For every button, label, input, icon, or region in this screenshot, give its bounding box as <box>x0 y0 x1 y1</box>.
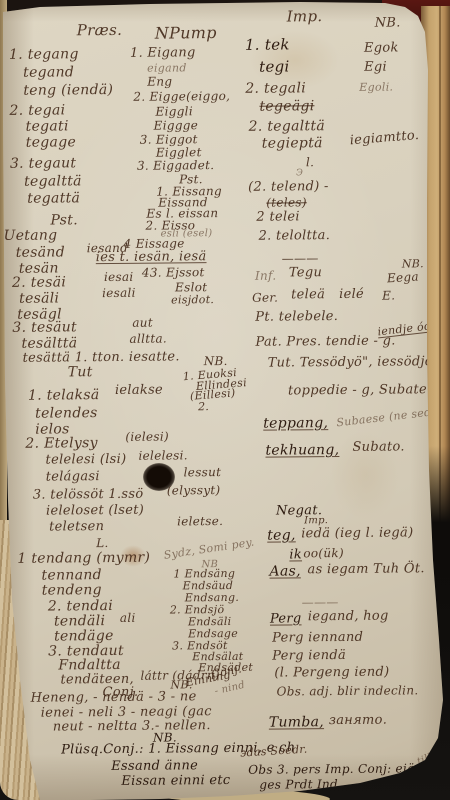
handwritten-line: 1. telaksä <box>28 388 100 403</box>
handwritten-line: ges Prdt Ind. <box>259 778 342 791</box>
handwritten-line: 1 tendang (mymr) <box>17 551 150 566</box>
handwritten-line: tegeägi <box>259 99 314 113</box>
handwritten-line: teg, <box>267 528 296 542</box>
handwritten-line: Imp. <box>287 9 323 24</box>
handwritten-line: Pat. Pres. tendie - g. <box>255 335 395 349</box>
handwritten-line: Heneng, - nendä - 3 - ne <box>31 690 197 704</box>
handwritten-line: 2. Eigge(eiggo, <box>133 90 230 103</box>
handwritten-line: iegiamtto. <box>349 129 419 147</box>
handwritten-line: Eissan einni etc <box>121 774 230 788</box>
handwritten-line: tegati <box>26 119 69 133</box>
handwritten-line: l. <box>306 156 314 168</box>
handwritten-line: iendje óo <box>377 320 431 337</box>
handwritten-line: alltta. <box>129 333 167 345</box>
handwritten-line: Tut. Tessödyö", iessödjö <box>268 355 433 369</box>
handwritten-line: Obs 3. pers Imp. Conj: eiäni <box>248 762 427 776</box>
handwritten-line: Essand änne <box>111 759 198 773</box>
handwritten-line: ik <box>289 548 302 561</box>
handwritten-line: telelesi (lsi) <box>45 453 126 467</box>
handwritten-line: 1. tegang <box>9 47 79 62</box>
handwritten-line: 3. Eiggadet. <box>137 159 215 172</box>
handwritten-line: Perg <box>270 612 302 625</box>
handwritten-line: Tegu <box>289 266 322 279</box>
handwritten-line: (elyssyt) <box>167 484 221 496</box>
handwritten-line: tegalttä <box>24 174 82 189</box>
handwritten-line: teng (iendä) <box>23 83 113 98</box>
handwritten-line: ies t. iesän, iesä <box>96 250 207 264</box>
handwritten-line: tennand <box>41 568 101 583</box>
handwritten-line: tesälttä <box>21 336 77 350</box>
handwritten-line: neut - neltta 3.- nellen. <box>53 719 211 733</box>
handwritten-line: 2. tegalttä <box>249 119 326 134</box>
handwritten-line: Perg iennand <box>272 631 363 645</box>
handwritten-line: Eslot <box>175 281 207 293</box>
handwritten-line: Э <box>296 169 303 178</box>
handwritten-line: tegieptä <box>262 136 323 151</box>
handwritten-line: Egok <box>364 41 399 54</box>
handwritten-line: Endsäud <box>183 580 234 591</box>
handwritten-line: eigand <box>147 62 187 73</box>
handwritten-line: teletsen <box>49 520 104 533</box>
handwritten-line: tegand <box>23 65 74 79</box>
handwritten-line: 43. Ejssot <box>142 266 205 279</box>
handwritten-line: 3. tesäut <box>12 320 77 335</box>
handwritten-line: tegattä <box>27 191 80 205</box>
handwritten-line: ——— <box>282 252 319 264</box>
handwritten-line: Pst. <box>50 213 78 227</box>
handwritten-line: Eng <box>147 75 172 87</box>
handwritten-line: ieleloset (lset) <box>46 504 144 518</box>
handwritten-line: (Eillesi) <box>190 387 236 402</box>
handwritten-line: занято. <box>329 714 388 728</box>
handwritten-line: Ger. <box>252 292 278 304</box>
handwritten-line: Subaese (ne sede <box>336 406 439 429</box>
handwritten-line: Eiggge <box>154 119 199 131</box>
handwritten-line: Eigglet <box>156 146 202 158</box>
handwritten-line: Egi <box>364 61 387 74</box>
handwritten-line: Obs. adj. blir indeclin. <box>276 684 418 697</box>
handwritten-line: tendäli <box>54 614 105 628</box>
handwritten-line: teleä <box>291 288 325 301</box>
handwritten-line: Tut <box>68 365 93 379</box>
handwritten-line: telágasi <box>46 470 100 483</box>
handwritten-line: as iegam Tuh Öt. <box>307 562 424 576</box>
handwritten-line: Egoli. <box>359 82 393 93</box>
handwritten-line: 4 Eissage <box>124 237 185 250</box>
handwritten-line: ieletse. <box>177 515 223 527</box>
handwritten-line: 1. tek <box>245 37 290 52</box>
handwritten-line: 2. tesäi <box>12 275 66 289</box>
handwritten-line: Subato. <box>352 440 405 453</box>
handwritten-line: Perg iendä <box>272 649 346 663</box>
handwritten-line: Sydz, Somi pey. <box>163 536 255 560</box>
handwritten-line: aut <box>132 317 153 329</box>
handwritten-line: eisjdot. <box>171 294 214 305</box>
handwritten-line: Inf. <box>255 270 277 282</box>
handwritten-line: lessut <box>184 466 222 478</box>
handwritten-line: tilly <box>416 751 439 768</box>
handwritten-line: 1. Eigang <box>130 46 196 60</box>
handwritten-line: tesäli <box>19 291 59 305</box>
handwritten-line: NB. <box>204 355 228 367</box>
handwritten-line: 3. tegaut <box>10 156 76 171</box>
handwritten-line: Uetang <box>3 228 57 242</box>
handwritten-line: NB. <box>375 16 401 29</box>
handwritten-line: 3. Eiggot <box>140 133 198 146</box>
handwritten-line: (teles) <box>266 196 307 208</box>
handwritten-line: toppedie - g, Subate <box>288 383 427 397</box>
handwritten-line: ielelesi. <box>138 449 187 461</box>
handwritten-line: 2. tegali <box>245 81 306 96</box>
handwritten-line: Endsage <box>188 628 238 639</box>
handwritten-line: iesali <box>102 287 136 299</box>
handwritten-line: NB. <box>402 258 424 269</box>
handwritten-text-layer: Præs.NPump1. tegangtegandteng (iendä)2. … <box>0 0 450 800</box>
handwritten-line: Aas, <box>269 564 300 578</box>
handwritten-line: Endsäli <box>188 616 232 627</box>
handwritten-line: 2. teloltta. <box>259 229 331 243</box>
handwritten-line: E. <box>382 290 395 302</box>
handwritten-line: ali <box>120 612 136 624</box>
handwritten-line: Fndaltta <box>58 658 121 673</box>
handwritten-line: teppang, <box>263 416 328 431</box>
handwritten-line: tesänd <box>16 245 65 259</box>
handwritten-line: ielé <box>339 288 364 301</box>
handwritten-line: Tumba, <box>269 715 324 729</box>
handwritten-line: Præs. <box>77 23 122 38</box>
handwritten-line: 1 Endsäng <box>173 568 235 580</box>
handwritten-line: iesai <box>104 271 134 283</box>
handwritten-line: (ielesi) <box>125 430 169 442</box>
handwritten-line: oo(ük) <box>303 547 344 559</box>
handwritten-line: 2. tegai <box>9 103 65 117</box>
handwritten-line: L. <box>96 537 108 549</box>
handwritten-line: tekhuang, <box>265 443 339 458</box>
handwritten-line: telendes <box>35 406 98 421</box>
handwritten-line: Eega <box>387 270 420 284</box>
handwritten-line: 2. Endsjö <box>170 604 225 615</box>
handwritten-line: tesättä 1. tton. iesatte. <box>23 350 180 364</box>
handwritten-line: 2 telei <box>256 210 300 223</box>
handwritten-line: Pt. telebele. <box>255 310 338 324</box>
handwritten-line: ielakse <box>115 384 163 397</box>
handwritten-line: 2. Etelysy <box>25 436 98 451</box>
handwritten-line: iegand, hog <box>308 610 389 624</box>
handwritten-line: 2. tendai <box>48 599 113 614</box>
handwritten-line: (l. Pergeng iend) <box>274 666 389 680</box>
handwritten-line: tegage <box>26 135 76 149</box>
handwritten-line: эdas Soedr. <box>240 744 308 759</box>
photograph-of-manuscript: Præs.NPump1. tegangtegandteng (iendä)2. … <box>0 0 450 800</box>
handwritten-line: 3. telössöt 1.ssö <box>33 488 144 502</box>
handwritten-line: 2. <box>198 401 209 412</box>
handwritten-line: ——— <box>302 596 339 608</box>
handwritten-line: tendeng <box>42 583 102 598</box>
handwritten-line: Eiggli <box>155 105 193 117</box>
manuscript-page: Præs.NPump1. tegangtegandteng (iendä)2. … <box>0 0 450 800</box>
handwritten-line: (2. telend) - <box>248 180 329 194</box>
handwritten-line: tendäge <box>54 629 114 644</box>
handwritten-line: Imp. <box>304 516 328 526</box>
handwritten-line: NPump <box>155 25 217 42</box>
handwritten-line: iedä (ieg l. iegä) <box>301 526 413 540</box>
handwritten-line: Endsang. <box>185 592 239 603</box>
handwritten-line: tegi <box>259 59 290 74</box>
